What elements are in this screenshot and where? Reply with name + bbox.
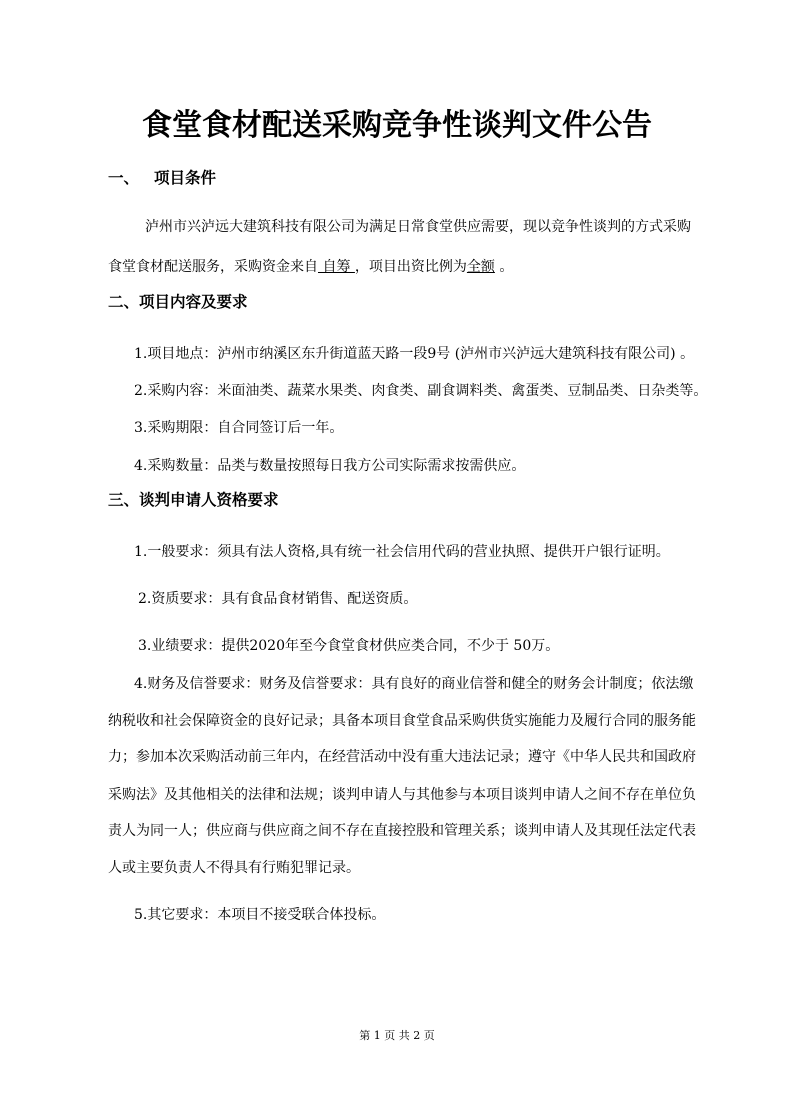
- document-title: 食堂食材配送采购竞争性谈判文件公告: [0, 100, 794, 144]
- list-item: 1.一般要求：须具有法人资格,具有统一社会信用代码的营业执照、提供开户银行证明。: [134, 541, 670, 561]
- section-heading-2: 二、项目内容及要求: [108, 290, 248, 312]
- text-span: 。: [495, 259, 513, 275]
- document-page: 食堂食材配送采购竞争性谈判文件公告 一、项目条件 泸州市兴泸远大建筑科技有限公司…: [0, 0, 794, 1108]
- paragraph-line: 采购法》及其他相关的法律和法规；谈判申请人与其他参与本项目谈判申请人之间不存在单…: [108, 784, 696, 804]
- paragraph-line: 力；参加本次采购活动前三年内，在经营活动中没有重大违法记录；遵守《中华人民共和国…: [108, 746, 696, 766]
- section-heading-3: 三、谈判申请人资格要求: [108, 488, 279, 510]
- list-item: 3.业绩要求：提供2020年至今食堂食材供应类合同，不少于 50万。: [138, 635, 559, 655]
- paragraph-line: 4.财务及信誉要求：财务及信誉要求：具有良好的商业信誉和健全的财务会计制度；依法…: [134, 673, 693, 693]
- section-title: 谈判申请人资格要求: [139, 491, 279, 509]
- list-item: 3.采购期限：自合同签订后一年。: [134, 417, 343, 437]
- section-number: 三、: [108, 491, 139, 509]
- list-item: 2.资质要求：具有食品食材销售、配送资质。: [138, 588, 417, 608]
- paragraph-line: 纳税收和社会保障资金的良好记录；具备本项目食堂食品采购供货实施能力及履行合同的服…: [108, 710, 696, 730]
- list-item: 4.采购数量：品类与数量按照每日我方公司实际需求按需供应。: [134, 455, 525, 475]
- paragraph-line: 泸州市兴泸远大建筑科技有限公司为满足日常食堂供应需要，现以竞争性谈判的方式采购: [145, 216, 691, 236]
- section-number: 一、: [108, 166, 154, 188]
- funding-ratio: 全额: [467, 259, 495, 275]
- section-heading-1: 一、项目条件: [108, 166, 216, 188]
- section-number: 二、: [108, 293, 139, 311]
- text-span: ，项目出资比例为: [355, 259, 467, 275]
- list-item: 5.其它要求：本项目不接受联合体投标。: [134, 904, 385, 924]
- paragraph-line: 人或主要负责人不得具有行贿犯罪记录。: [108, 857, 360, 877]
- section-title: 项目内容及要求: [139, 293, 248, 311]
- paragraph-line: 责人为同一人；供应商与供应商之间不存在直接控股和管理关系；谈判申请人及其现任法定…: [108, 820, 696, 840]
- list-item: 1.项目地点：泸州市纳溪区东升街道蓝天路一段9号 (泸州市兴泸远大建筑科技有限公…: [134, 343, 694, 363]
- list-item: 2.采购内容：米面油类、蔬菜水果类、肉食类、副食调料类、禽蛋类、豆制品类、日杂类…: [134, 380, 707, 400]
- paragraph-line: 食堂食材配送服务，采购资金来自 自筹 ，项目出资比例为全额 。: [108, 256, 513, 276]
- text-span: 食堂食材配送服务，采购资金来自: [108, 259, 318, 275]
- funding-source: 自筹: [318, 259, 355, 275]
- page-footer: 第 1 页 共 2 页: [0, 1027, 794, 1043]
- section-title: 项目条件: [154, 169, 216, 187]
